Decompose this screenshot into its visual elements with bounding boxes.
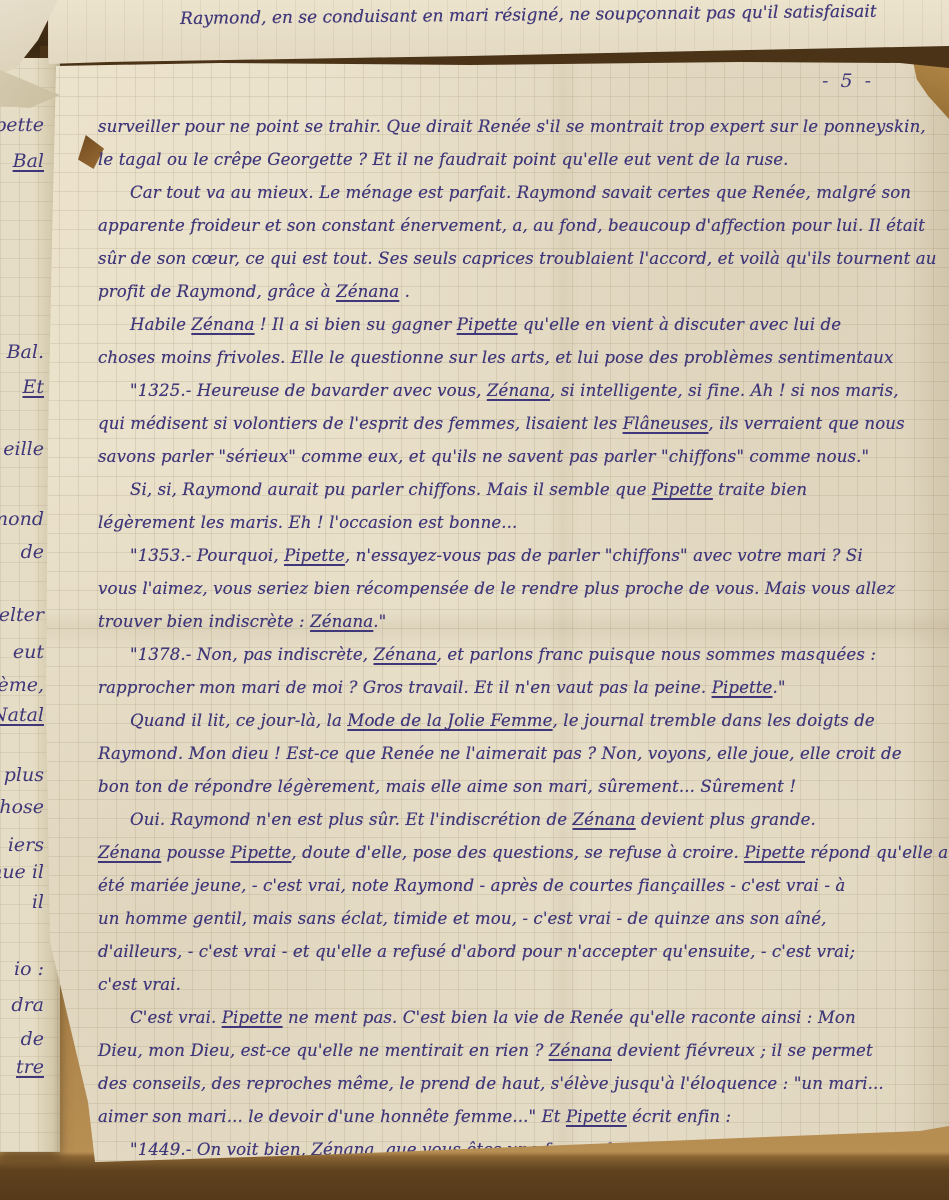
text-segment: qui médisent si volontiers de l'esprit d…	[98, 414, 623, 433]
underlined-word: Zénana	[549, 1041, 612, 1060]
text-segment: "1353.- Pourquoi,	[130, 546, 284, 565]
page-number: - 5 -	[822, 70, 874, 92]
manuscript-page: - 5 - surveiller pour ne point se trahir…	[40, 62, 949, 1180]
text-line: rapprocher mon mari de moi ? Gros travai…	[98, 671, 940, 704]
underlined-word: Pipette	[712, 678, 773, 697]
underlined-word: Mode de la Jolie Femme	[347, 711, 552, 730]
margin-fragment: iers	[8, 834, 44, 856]
text-segment: Dieu, mon Dieu, est-ce qu'elle ne mentir…	[98, 1041, 549, 1060]
underlined-word: Pipette	[566, 1107, 627, 1126]
text-segment: bon ton de répondre légèrement, mais ell…	[98, 777, 796, 796]
text-line: des conseils, des reproches même, le pre…	[98, 1067, 940, 1100]
text-segment: des conseils, des reproches même, le pre…	[98, 1074, 884, 1093]
text-line: qui médisent si volontiers de l'esprit d…	[98, 407, 940, 440]
text-segment: , doute d'elle, pose des questions, se r…	[291, 843, 744, 862]
text-segment: devient fiévreux ; il se permet	[612, 1041, 873, 1060]
text-segment: apparente froideur et son constant énerv…	[98, 216, 925, 235]
text-line: surveiller pour ne point se trahir. Que …	[98, 110, 940, 143]
underlined-word: Pipette	[457, 315, 518, 334]
text-segment: qu'elle en vient à discuter avec lui de	[518, 315, 842, 334]
text-line: Habile Zénana ! Il a si bien su gagner P…	[98, 308, 940, 341]
text-line: "1325.- Heureuse de bavarder avec vous, …	[98, 374, 940, 407]
text-segment: vous l'aimez, vous seriez bien récompens…	[98, 579, 895, 598]
text-segment: Oui. Raymond n'en est plus sûr. Et l'ind…	[130, 810, 573, 829]
text-segment: "1325.- Heureuse de bavarder avec vous,	[130, 381, 487, 400]
underlined-word: Zénana	[487, 381, 550, 400]
underlined-word: Zénana	[336, 282, 399, 301]
text-line: Quand il lit, ce jour-là, la Mode de la …	[98, 704, 940, 737]
margin-fragment: nue il	[0, 861, 44, 883]
text-line: profit de Raymond, grâce à Zénana .	[98, 275, 940, 308]
text-segment: C'est vrai.	[130, 1008, 222, 1027]
text-segment: Quand il lit, ce jour-là, la	[130, 711, 347, 730]
text-line: c'est vrai.	[98, 968, 940, 1001]
text-line: apparente froideur et son constant énerv…	[98, 209, 940, 242]
text-line: Car tout va au mieux. Le ménage est parf…	[98, 176, 940, 209]
text-segment: profit de Raymond, grâce à	[98, 282, 336, 301]
text-segment: trouver bien indiscrète :	[98, 612, 310, 631]
margin-fragment: de	[21, 1028, 44, 1050]
text-line: Raymond. Mon dieu ! Est-ce que Renée ne …	[98, 737, 940, 770]
text-segment: .	[399, 282, 410, 301]
text-line: "1378.- Non, pas indiscrète, Zénana, et …	[98, 638, 940, 671]
text-line: d'ailleurs, - c'est vrai - et qu'elle a …	[98, 935, 940, 968]
underlined-word: Zénana	[310, 612, 373, 631]
underlined-word: Pipette	[652, 480, 713, 499]
margin-fragment: Natal	[0, 704, 44, 726]
margin-fragment: ymond	[0, 508, 44, 530]
text-segment: ."	[373, 612, 386, 631]
text-segment: sûr de son cœur, ce qui est tout. Ses se…	[98, 249, 937, 268]
margin-fragment: Bal	[13, 150, 44, 172]
text-line: trouver bien indiscrète : Zénana."	[98, 605, 940, 638]
text-segment: pousse	[161, 843, 231, 862]
text-line: choses moins frivoles. Elle le questionn…	[98, 341, 940, 374]
margin-fragment: il	[32, 891, 44, 913]
manuscript-photo: PipetteBalBal.Eteilleymonddeheltereutièm…	[0, 0, 949, 1200]
text-line: légèrement les maris. Eh ! l'occasion es…	[98, 506, 940, 539]
margin-fragment: plus	[4, 764, 44, 786]
text-segment: ."	[772, 678, 785, 697]
text-line: Oui. Raymond n'en est plus sûr. Et l'ind…	[98, 803, 940, 836]
text-segment: , ils verraient que nous	[708, 414, 904, 433]
margin-fragment: tre	[16, 1056, 44, 1078]
margin-fragment: eut	[13, 641, 44, 663]
text-segment: ne ment pas. C'est bien la vie de Renée …	[283, 1008, 856, 1027]
underlined-word: Flâneuses	[623, 414, 709, 433]
previous-page-text: Raymond, en se conduisant en mari résign…	[180, 1, 940, 29]
text-line: le tagal ou le crêpe Georgette ? Et il n…	[98, 143, 940, 176]
text-segment: , n'essayez-vous pas de parler "chiffons…	[345, 546, 863, 565]
text-segment: ! Il a si bien su gagner	[255, 315, 457, 334]
text-line: été mariée jeune, - c'est vrai, note Ray…	[98, 869, 940, 902]
text-line: Si, si, Raymond aurait pu parler chiffon…	[98, 473, 940, 506]
margin-fragment: ième,	[0, 674, 44, 696]
text-segment: c'est vrai.	[98, 975, 181, 994]
handwritten-text: surveiller pour ne point se trahir. Que …	[98, 110, 940, 1166]
text-segment: aimer son mari... le devoir d'une honnêt…	[98, 1107, 566, 1126]
text-segment: savons parler "sérieux" comme eux, et qu…	[98, 447, 869, 466]
text-segment: , le journal tremble dans les doigts de	[553, 711, 875, 730]
text-segment: légèrement les maris. Eh ! l'occasion es…	[98, 513, 517, 532]
margin-fragment: Pipette	[0, 114, 44, 136]
text-line: savons parler "sérieux" comme eux, et qu…	[98, 440, 940, 473]
margin-fragment: Bal.	[7, 341, 44, 363]
text-line: Dieu, mon Dieu, est-ce qu'elle ne mentir…	[98, 1034, 940, 1067]
margin-fragment: eille	[3, 438, 44, 460]
text-segment: rapprocher mon mari de moi ? Gros travai…	[98, 678, 712, 697]
text-segment: un homme gentil, mais sans éclat, timide…	[98, 909, 827, 928]
text-segment: Si, si, Raymond aurait pu parler chiffon…	[130, 480, 652, 499]
margin-fragment: io :	[14, 958, 44, 980]
text-segment: devient plus grande.	[636, 810, 816, 829]
text-line: un homme gentil, mais sans éclat, timide…	[98, 902, 940, 935]
text-segment: le tagal ou le crêpe Georgette ? Et il n…	[98, 150, 789, 169]
underlined-word: Pipette	[284, 546, 345, 565]
text-segment: Raymond. Mon dieu ! Est-ce que Renée ne …	[98, 744, 902, 763]
text-segment: Habile	[130, 315, 191, 334]
text-segment: surveiller pour ne point se trahir. Que …	[98, 117, 926, 136]
text-line: vous l'aimez, vous seriez bien récompens…	[98, 572, 940, 605]
underlined-word: Pipette	[222, 1008, 283, 1027]
margin-fragment: Et	[22, 376, 44, 398]
margin-fragment: dra	[11, 994, 44, 1016]
text-line: sûr de son cœur, ce qui est tout. Ses se…	[98, 242, 940, 275]
underlined-word: Zénana	[191, 315, 254, 334]
text-line: "1353.- Pourquoi, Pipette, n'essayez-vou…	[98, 539, 940, 572]
text-segment: , et parlons franc puisque nous sommes m…	[437, 645, 876, 664]
underlined-word: Zénana	[573, 810, 636, 829]
text-segment: , si intelligente, si fine. Ah ! si nos …	[550, 381, 899, 400]
text-segment: traite bien	[713, 480, 807, 499]
underlined-word: Pipette	[744, 843, 805, 862]
text-line: aimer son mari... le devoir d'une honnêt…	[98, 1100, 940, 1133]
text-segment: choses moins frivoles. Elle le questionn…	[98, 348, 893, 367]
text-segment: d'ailleurs, - c'est vrai - et qu'elle a …	[98, 942, 855, 961]
text-line: bon ton de répondre légèrement, mais ell…	[98, 770, 940, 803]
underlined-word: Zénana	[374, 645, 437, 664]
underlined-word: Zénana	[98, 843, 161, 862]
text-segment: été mariée jeune, - c'est vrai, note Ray…	[98, 876, 845, 895]
text-line: Zénana pousse Pipette, doute d'elle, pos…	[98, 836, 940, 869]
text-segment: Car tout va au mieux. Le ménage est parf…	[130, 183, 911, 202]
margin-fragment: chose	[0, 796, 44, 818]
margin-fragment: helter	[0, 604, 44, 626]
underlined-word: Pipette	[231, 843, 292, 862]
text-segment: répond qu'elle a	[805, 843, 948, 862]
margin-fragment: de	[21, 541, 44, 563]
text-segment: écrit enfin :	[627, 1107, 731, 1126]
text-line: C'est vrai. Pipette ne ment pas. C'est b…	[98, 1001, 940, 1034]
text-segment: "1378.- Non, pas indiscrète,	[130, 645, 374, 664]
